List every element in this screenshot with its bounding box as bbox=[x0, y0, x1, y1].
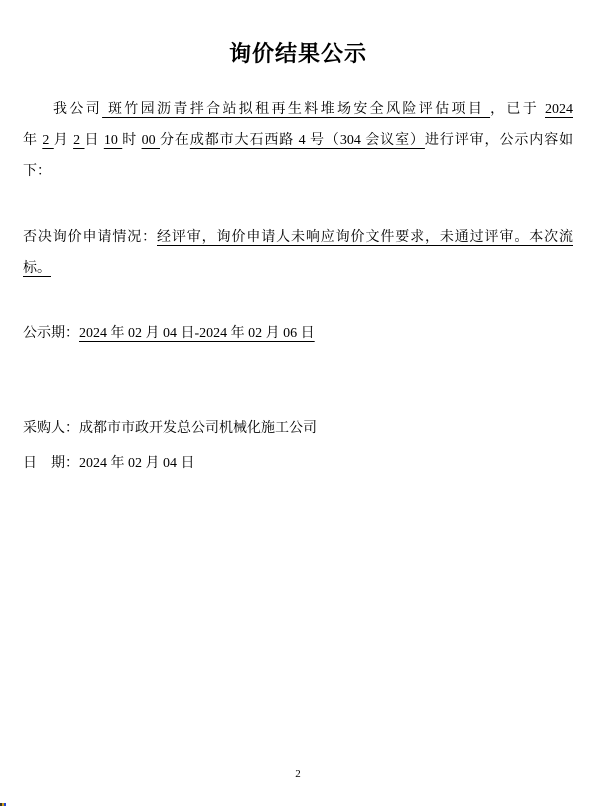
text-run: 时 bbox=[122, 133, 141, 148]
text-run: 分在 bbox=[160, 133, 190, 148]
publicity-period-value: 2024 年 02 月 04 日-2024 年 02 月 06 日 bbox=[79, 326, 315, 341]
purchaser-value: 成都市市政开发总公司机械化施工公司 bbox=[79, 421, 317, 436]
rejection-label: 否决询价申请情况： bbox=[23, 230, 157, 245]
text-run: 进行评审，公示内容如 bbox=[425, 133, 573, 148]
publicity-period-line: 公示期：2024 年 02 月 04 日-2024 年 02 月 06 日 bbox=[23, 318, 573, 349]
rejection-reason-field-cont: 标。 bbox=[23, 261, 51, 276]
month-field: 2 bbox=[42, 133, 53, 148]
sign-date-label: 日 期： bbox=[23, 456, 79, 471]
publicity-period-row: 公示期：2024 年 02 月 04 日-2024 年 02 月 06 日 bbox=[23, 318, 573, 349]
purchaser-row: 采购人：成都市市政开发总公司机械化施工公司 bbox=[23, 413, 573, 444]
rejection-line-2: 标。 bbox=[23, 253, 573, 284]
sign-date-value: 2024 年 02 月 04 日 bbox=[79, 456, 195, 471]
intro-line-1: 我公司 斑竹园沥青拌合站拟租再生料堆场安全风险评估项目 ，已于 2024 bbox=[23, 94, 573, 125]
intro-paragraph: 我公司 斑竹园沥青拌合站拟租再生料堆场安全风险评估项目 ，已于 2024 年 2… bbox=[23, 94, 573, 187]
text-run: 我公司 bbox=[53, 102, 102, 117]
day-field: 2 bbox=[73, 133, 84, 148]
text-run: 日 bbox=[85, 133, 104, 148]
purchaser-label: 采购人： bbox=[23, 421, 79, 436]
intro-line-2: 年 2 月 2 日 10 时 00 分在成都市大石西路 4 号（304 会议室）… bbox=[23, 125, 573, 156]
minute-field: 00 bbox=[142, 133, 160, 148]
document-body: 我公司 斑竹园沥青拌合站拟租再生料堆场安全风险评估项目 ，已于 2024 年 2… bbox=[0, 94, 596, 479]
text-run: 年 bbox=[23, 133, 42, 148]
document-title: 询价结果公示 bbox=[0, 0, 596, 67]
project-name-field: 斑竹园沥青拌合站拟租再生料堆场安全风险评估项目 bbox=[102, 102, 490, 117]
text-run: 月 bbox=[54, 133, 73, 148]
intro-line-3: 下： bbox=[23, 156, 573, 187]
rejection-line-1: 否决询价申请情况：经评审，询价申请人未响应询价文件要求，未通过评审。本次流 bbox=[23, 222, 573, 253]
page-number: 2 bbox=[0, 767, 596, 781]
address-field: 成都市大石西路 4 号（304 会议室） bbox=[190, 133, 425, 148]
text-run: ，已于 bbox=[490, 102, 545, 117]
rejection-reason-field: 经评审，询价申请人未响应询价文件要求，未通过评审。本次流 bbox=[157, 230, 573, 245]
hour-field: 10 bbox=[104, 133, 122, 148]
purchaser-line: 采购人：成都市市政开发总公司机械化施工公司 bbox=[23, 413, 573, 444]
year-field: 2024 bbox=[545, 102, 573, 117]
rejection-paragraph: 否决询价申请情况：经评审，询价申请人未响应询价文件要求，未通过评审。本次流 标。 bbox=[23, 222, 573, 284]
sign-date-row: 日 期：2024 年 02 月 04 日 bbox=[23, 448, 573, 479]
document-page: 询价结果公示 我公司 斑竹园沥青拌合站拟租再生料堆场安全风险评估项目 ，已于 2… bbox=[0, 0, 596, 807]
artifact-pixel-3 bbox=[4, 803, 6, 806]
publicity-period-label: 公示期： bbox=[23, 326, 79, 341]
text-run: 下： bbox=[23, 164, 51, 179]
sign-date-line: 日 期：2024 年 02 月 04 日 bbox=[23, 448, 573, 479]
screen-artifact bbox=[0, 803, 6, 806]
